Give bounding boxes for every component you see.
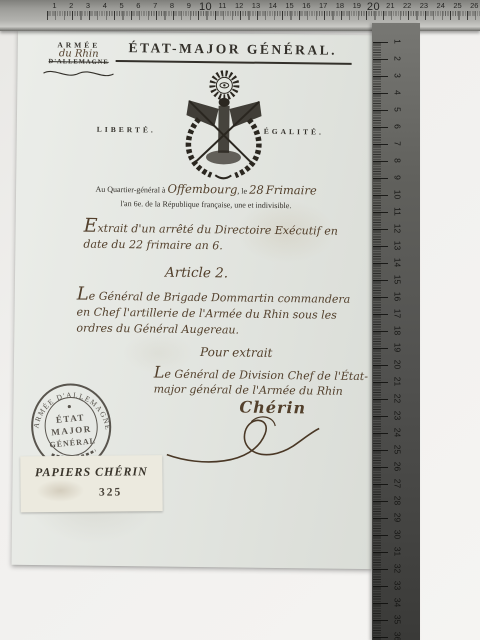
right-ruler-number: 12	[390, 221, 407, 237]
photo-background: ARMÉE du Rhin D'ALLEMAGNE ÉTAT-MAJOR GÉN…	[0, 0, 480, 640]
right-ruler-number: 26	[390, 459, 407, 475]
papiers-cherin-label: PAPIERS CHÉRIN 325	[20, 455, 162, 512]
right-ruler-number: 29	[390, 510, 407, 526]
right-ruler-number: 11	[390, 204, 407, 220]
stamp-line-etat: ÉTAT	[55, 412, 85, 425]
dateline-printed-1: Au Quartier-général à	[95, 185, 165, 195]
right-ruler: 1234567891011121314151617181920212223242…	[372, 23, 420, 640]
handwritten-order-text: Le Général de Brigade Dommartin commande…	[76, 287, 353, 340]
right-ruler-number: 13	[390, 238, 407, 254]
right-ruler-number: 36	[390, 629, 407, 640]
dateline-place-handwritten: Offembourg	[167, 182, 237, 197]
right-ruler-number: 27	[390, 476, 407, 492]
right-ruler-number: 8	[390, 153, 407, 169]
right-ruler-number: 23	[390, 408, 407, 424]
right-ruler-number: 16	[390, 289, 407, 305]
dateline-printed-2: , le	[237, 186, 247, 195]
right-ruler-number: 19	[390, 340, 407, 356]
right-ruler-number: 3	[390, 68, 407, 84]
right-ruler-number: 10	[390, 187, 407, 203]
right-ruler-number: 7	[390, 136, 407, 152]
right-ruler-number: 34	[390, 595, 407, 611]
corner-flourish-icon	[42, 68, 114, 79]
armee-struck-out-label: D'ALLEMAGNE	[40, 58, 118, 66]
handwritten-extract-intro: Extrait d'un arrêté du Directoire Exécut…	[83, 218, 343, 256]
document-paper: ARMÉE du Rhin D'ALLEMAGNE ÉTAT-MAJOR GÉN…	[11, 31, 377, 569]
title-rule	[116, 60, 352, 65]
label-number: 325	[21, 486, 163, 499]
right-ruler-number: 30	[390, 527, 407, 543]
dateline-month-handwritten: Frimaire	[266, 183, 317, 198]
signature-flourish-icon	[161, 407, 327, 471]
handwritten-article-heading: Article 2.	[165, 265, 228, 282]
right-ruler-number: 24	[390, 425, 407, 441]
right-ruler-number: 22	[390, 391, 407, 407]
handwritten-closing-titles: Le Général de Division Chef de l'État-ma…	[154, 364, 369, 399]
stamp-line-major: MAJOR	[51, 424, 92, 438]
right-ruler-number: 21	[390, 374, 407, 390]
document-title: ÉTAT-MAJOR GÉNÉRAL.	[112, 40, 354, 59]
right-ruler-number: 28	[390, 493, 407, 509]
army-corner-block: ARMÉE du Rhin D'ALLEMAGNE	[39, 40, 118, 84]
dateline-day-handwritten: 28	[249, 183, 264, 197]
handwritten-pour-extrait: Pour extrait	[200, 344, 273, 361]
right-ruler-number: 17	[390, 306, 407, 322]
right-ruler-number: 25	[390, 442, 407, 458]
right-ruler-number: 4	[390, 85, 407, 101]
dateline: Au Quartier-général à Offembourg, le 28 …	[68, 180, 344, 213]
right-ruler-number: 32	[390, 561, 407, 577]
right-ruler-number: 31	[390, 544, 407, 560]
revolutionary-emblem-icon	[168, 69, 279, 182]
right-ruler-number: 20	[390, 357, 407, 373]
right-ruler-number: 35	[390, 612, 407, 628]
right-ruler-number: 18	[390, 323, 407, 339]
right-ruler-number: 1	[390, 34, 407, 50]
right-ruler-number: 9	[390, 170, 407, 186]
top-ruler-mm-ticks	[47, 11, 480, 16]
motto-egalite: ÉGALITÉ.	[264, 127, 324, 137]
right-ruler-number: 2	[390, 51, 407, 67]
right-ruler-number: 33	[390, 578, 407, 594]
label-title: PAPIERS CHÉRIN	[20, 464, 162, 480]
right-ruler-number: 14	[390, 255, 407, 271]
right-ruler-scale: 1234567891011121314151617181920212223242…	[390, 33, 406, 640]
dateline-line2: l'an 6e. de la République française, une…	[120, 199, 291, 210]
right-ruler-number: 5	[390, 102, 407, 118]
right-ruler-number: 15	[390, 272, 407, 288]
right-ruler-mm-ticks	[373, 42, 381, 640]
motto-liberte: LIBERTÉ.	[97, 125, 156, 135]
right-ruler-number: 6	[390, 119, 407, 135]
